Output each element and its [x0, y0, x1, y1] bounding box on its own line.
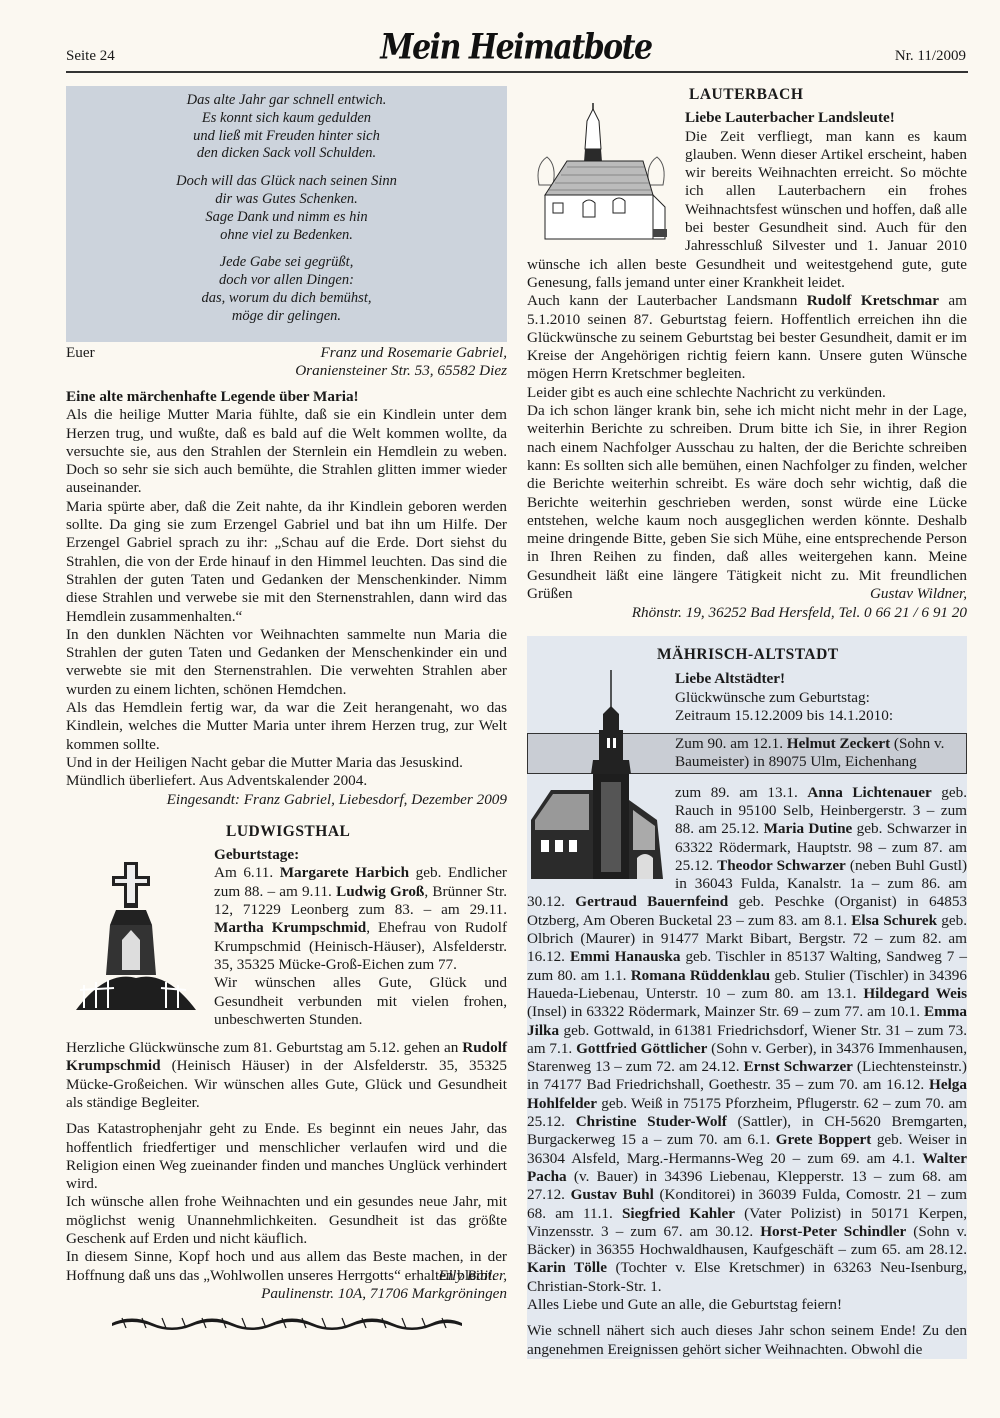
closing-paragraph: Ich wünsche allen frohe Weihnachten und …	[66, 1193, 507, 1248]
poem-line: dir was Gutes Schenken.	[66, 191, 507, 209]
newspaper-page: Seite 24 Mein Heimatbote Nr. 11/2009 Das…	[0, 0, 1000, 1418]
left-column: Das alte Jahr gar schnell entwich. Es ko…	[66, 86, 507, 1332]
poem-line: Das alte Jahr gar schnell entwich.	[66, 92, 507, 110]
legend-title: Eine alte märchenhafte Legende über Mari…	[66, 388, 507, 406]
lauterbach-section: LAUTERBACH Liebe Lauterba	[527, 86, 967, 622]
person-name: Martha Krumpschmid	[214, 919, 366, 936]
signature-address: Paulinenstr. 10A, 71706 Markgröningen	[66, 1285, 507, 1303]
person-name: Rudolf Kretschmar	[807, 292, 939, 309]
issue-number: Nr. 11/2009	[895, 48, 966, 65]
poem-line: Doch will das Glück nach seinen Sinn	[66, 173, 507, 191]
poem-stanza: Das alte Jahr gar schnell entwich. Es ko…	[66, 92, 507, 163]
signature-address: Rhönstr. 19, 36252 Bad Hersfeld, Tel. 0 …	[527, 604, 967, 622]
page-number: Seite 24	[66, 48, 115, 65]
legend-paragraph: Maria spürte aber, daß die Zeit nahte, d…	[66, 498, 507, 626]
section-title-ludwigsthal: LUDWIGSTHAL	[226, 823, 507, 841]
legend-paragraph: Und in der Heiligen Nacht gebar die Mutt…	[66, 754, 507, 772]
signature-name: Gustav Wildner,	[527, 585, 967, 603]
lauterbach-birthday: Auch kann der Lauterbacher Landsmann Rud…	[527, 292, 967, 383]
wayside-cross-drawing-icon	[66, 860, 206, 1020]
poem-stanza: Jede Gabe sei gegrüßt, doch vor allen Di…	[66, 254, 507, 325]
poem-line: möge dir gelingen.	[66, 308, 507, 326]
poem-line: doch vor allen Dingen:	[66, 272, 507, 290]
section-title-lauterbach: LAUTERBACH	[689, 86, 967, 104]
person-name: Ludwig Groß	[336, 883, 424, 900]
poem-line: Jede Gabe sei gegrüßt,	[66, 254, 507, 272]
poem-signature: Euer Franz und Rosemarie Gabriel, Oranie…	[66, 344, 507, 380]
right-column: LAUTERBACH Liebe Lauterba	[527, 86, 967, 1359]
legend-paragraph: Mündlich überliefert. Aus Adventskalende…	[66, 772, 507, 790]
header-rule	[66, 71, 968, 73]
fir-garland-icon	[112, 1314, 462, 1332]
legend-paragraph: Als das Hemdlein fertig war, da war die …	[66, 699, 507, 754]
legend-paragraph: Als die heilige Mutter Maria fühlte, daß…	[66, 406, 507, 497]
ludwigsthal-section: LUDWIGSTHAL Geburtstage:	[66, 823, 507, 1332]
altstadt-closing: Alles Liebe und Gute an alle, die Geburt…	[527, 1296, 967, 1314]
altstadt-section: MÄHRISCH-ALTSTADT Liebe Altstädter! Glüc…	[527, 636, 967, 1359]
person-name: Margarete Harbich	[280, 864, 409, 881]
person-name: Helmut Zeckert	[787, 735, 890, 752]
poem-line: ohne viel zu Bedenken.	[66, 227, 507, 245]
altstadt-outro: Wie schnell nähert sich auch dieses Jahr…	[527, 1322, 967, 1359]
lauterbach-appeal: Da ich schon länger krank bin, sehe ich …	[527, 402, 967, 603]
section-title-altstadt: MÄHRISCH-ALTSTADT	[657, 646, 967, 664]
poem-closing: Euer	[66, 344, 95, 362]
poem-author: Franz und Rosemarie Gabriel, Oranienstei…	[295, 344, 507, 381]
poem-box: Das alte Jahr gar schnell entwich. Es ko…	[66, 86, 507, 342]
lauterbach-bad-news: Leider gibt es auch eine schlechte Nachr…	[527, 384, 967, 402]
chapel-drawing-icon	[527, 95, 677, 245]
page-header: Seite 24 Mein Heimatbote Nr. 11/2009	[66, 38, 966, 68]
poem-line: und ließ mit Freuden hinter sich	[66, 128, 507, 146]
church-tower-drawing-icon	[527, 670, 667, 885]
ludwigsthal-congrats: Herzliche Glückwünsche zum 81. Geburtsta…	[66, 1039, 507, 1112]
poem-line: Es konnt sich kaum gedulden	[66, 110, 507, 128]
closing-paragraph: Das Katastrophenjahr geht zu Ende. Es be…	[66, 1120, 507, 1193]
poem-line: das, worum du dich bemühst,	[66, 290, 507, 308]
masthead-title: Mein Heimatbote	[380, 27, 651, 67]
legend-credit: Eingesandt: Franz Gabriel, Liebesdorf, D…	[66, 791, 507, 809]
poem-line: den dicken Sack voll Schulden.	[66, 145, 507, 163]
poem-stanza: Doch will das Glück nach seinen Sinn dir…	[66, 173, 507, 244]
poem-line: Sage Dank und nimm es hin	[66, 209, 507, 227]
legend-paragraph: In den dunklen Nächten vor Weihnachten s…	[66, 626, 507, 699]
